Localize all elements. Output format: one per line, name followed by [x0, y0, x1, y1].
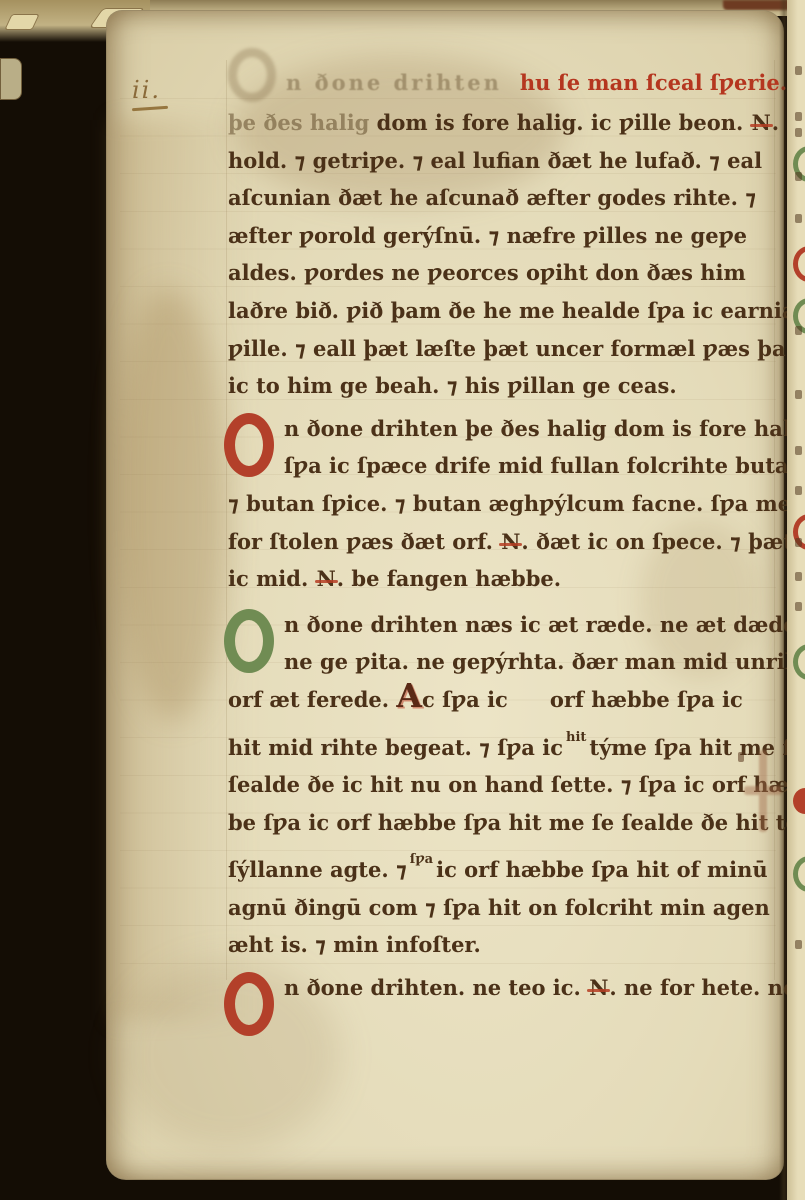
- text-line: ⁊ butan ſƿice. ⁊ butan æghƿýlcum facne. …: [228, 485, 793, 523]
- text-run: ſƿa ic ſpæce drife mid fullan folcrihte …: [284, 453, 805, 478]
- text-line: n ðone drihten þe ðes halig dom is fore …: [228, 410, 793, 448]
- text-line: æht is. ⁊ min infoſter.: [228, 926, 793, 964]
- text-run: .: [772, 110, 779, 135]
- facing-initial-red: [793, 788, 805, 814]
- facing-text-speck: [795, 538, 802, 547]
- faded-text-run: þe ðes halig: [228, 110, 369, 135]
- text-line: be ſƿa ic orf hæbbe ſƿa hit me ſe ſealde…: [228, 804, 793, 842]
- text-line: ſƿa ic ſpæce drife mid fullan folcrihte …: [228, 447, 793, 485]
- initial-ring: [224, 609, 274, 673]
- interlinear-addition: hit: [566, 730, 586, 745]
- facing-initial-red: [793, 246, 805, 282]
- text-block: n ðone drihtenhu ſe man ſceal ſƿerie.þe …: [228, 48, 793, 1012]
- text-run: ic mid.: [228, 566, 316, 591]
- illuminated-initial-o-red: [228, 410, 284, 448]
- facing-text-speck: [795, 66, 802, 75]
- text-line: n ðone drihtenhu ſe man ſceal ſƿerie.: [228, 48, 793, 102]
- text-run: n ðone drihten þe ðes halig dom is fore …: [284, 416, 805, 441]
- name-initial-placeholder: N: [751, 110, 772, 135]
- facing-initial-green: [793, 644, 805, 680]
- text-line: ic to him ge beah. ⁊ his ƿillan ge ceas.: [228, 367, 793, 405]
- text-run: ſýllanne agte. ⁊: [228, 857, 407, 882]
- facing-text-speck: [795, 172, 802, 181]
- text-run: ne ge ƿita. ne geƿýrhta. ðær man mid unr…: [284, 649, 805, 674]
- text-run: orf æt ferede.: [228, 687, 396, 712]
- text-line: orf æt ferede. Ac ſƿa icorf hæbbe ſƿa ic: [228, 681, 793, 719]
- paragraph: n ðone drihten þe ðes halig dom is fore …: [228, 410, 793, 598]
- text-run: be ſƿa ic orf hæbbe ſƿa hit me ſe ſealde…: [228, 810, 799, 835]
- text-run: c ſƿa ic: [422, 687, 508, 712]
- text-line: n ðone drihten næs ic æt ræde. ne æt dæd…: [228, 606, 793, 644]
- illuminated-initial-o-green: [228, 606, 284, 644]
- text-run: . ne for hete. ne: [609, 975, 796, 1000]
- text-run: n ðone drihten. ne teo ic.: [284, 975, 588, 1000]
- text-run: for ſtolen ƿæs ðæt orf.: [228, 529, 500, 554]
- text-line: for ſtolen ƿæs ðæt orf. N. ðæt ic on ſpe…: [228, 523, 793, 561]
- margin-cross-mark: [744, 750, 784, 840]
- facing-text-speck: [795, 112, 802, 121]
- interlinear-addition: ſƿa: [410, 852, 433, 867]
- text-line: ſealde ðe ic hit nu on hand ſette. ⁊ ſƿa…: [228, 766, 793, 804]
- facing-text-speck: [795, 940, 802, 949]
- decorated-capital-a: A: [396, 676, 422, 715]
- facing-text-speck: [795, 326, 802, 335]
- initial-ring: [224, 413, 274, 477]
- text-run: laðre bið. ƿið þam ðe he me healde ſƿa i…: [228, 298, 805, 323]
- manuscript-photo: ii. n ðone drihtenhu ſe man ſceal ſƿerie…: [0, 0, 805, 1200]
- text-line: ne ge ƿita. ne geƿýrhta. ðær man mid unr…: [228, 643, 793, 681]
- text-run: æht is. ⁊ min infoſter.: [228, 932, 481, 957]
- facing-text-speck: [795, 602, 802, 611]
- text-run: dom is fore halig. ic ƿille beon.: [369, 110, 750, 135]
- text-line: laðre bið. ƿið þam ðe he me healde ſƿa i…: [228, 292, 793, 330]
- text-line: ƿille. ⁊ eall þæt læſte þæt uncer formæl…: [228, 330, 793, 368]
- corner-fold-tab: [0, 58, 22, 100]
- erased-initial-o: [228, 48, 276, 102]
- text-run: aldes. ƿordes ne ƿeorces oƿiht don ðæs h…: [228, 260, 746, 285]
- text-run: hold. ⁊ getriƿe. ⁊ eal lufian ðæt he luf…: [228, 148, 762, 173]
- text-run: ſealde ðe ic hit nu on hand ſette. ⁊ ſƿa…: [228, 772, 804, 797]
- name-initial-placeholder: N: [316, 566, 337, 591]
- text-run: ic to him ge beah. ⁊ his ƿillan ge ceas.: [228, 373, 677, 398]
- text-line: æfter ƿorold gerýſnū. ⁊ næfre ƿilles ne …: [228, 217, 793, 255]
- facing-text-speck: [795, 572, 802, 581]
- text-line: ſýllanne agte. ⁊ſƿaic orf hæbbe ſƿa hit …: [228, 841, 793, 889]
- text-run: aſcunian ðæt he aſcunað æfter godes riht…: [228, 185, 756, 210]
- heading-line: n ðone drihtenhu ſe man ſceal ſƿerie.: [228, 48, 793, 102]
- name-initial-placeholder: N: [588, 975, 609, 1000]
- facing-text-speck: [795, 486, 802, 495]
- rubric-run: hu ſe man ſceal ſƿerie.: [520, 70, 787, 95]
- text-run: orf hæbbe ſƿa ic: [550, 687, 743, 712]
- faded-text-run: n ðone drihten: [286, 70, 502, 95]
- text-line: agnū ðingū com ⁊ ſƿa hit on folcriht min…: [228, 889, 793, 927]
- text-run: ⁊ butan ſƿice. ⁊ butan æghƿýlcum facne. …: [228, 491, 791, 516]
- text-line: ic mid. N. be fangen hæbbe.: [228, 560, 793, 598]
- paragraph: n ðone drihten. ne teo ic. N. ne for het…: [228, 969, 793, 1007]
- text-run: æfter ƿorold gerýſnū. ⁊ næfre ƿilles ne …: [228, 223, 747, 248]
- ruling-left-margin: [226, 60, 227, 980]
- facing-initial-green: [793, 856, 805, 892]
- facing-text-speck: [795, 128, 802, 137]
- initial-ring: [224, 972, 274, 1036]
- text-line: n ðone drihten. ne teo ic. N. ne for het…: [228, 969, 793, 1007]
- ink-fleck: [738, 752, 744, 762]
- facing-page-sliver: [787, 0, 805, 1200]
- text-line: aldes. ƿordes ne ƿeorces oƿiht don ðæs h…: [228, 254, 793, 292]
- folio-number: ii.: [132, 76, 168, 110]
- text-line: þe ðes halig dom is fore halig. ic ƿille…: [228, 104, 793, 142]
- illuminated-initial-o-red: [228, 969, 284, 1007]
- facing-text-speck: [795, 446, 802, 455]
- text-run: n ðone drihten næs ic æt ræde. ne æt dæd…: [284, 612, 804, 637]
- text-line: hold. ⁊ getriƿe. ⁊ eal lufian ðæt he luf…: [228, 142, 793, 180]
- facing-text-speck: [795, 390, 802, 399]
- paragraph: n ðone drihten næs ic æt ræde. ne æt dæd…: [228, 606, 793, 964]
- cross-horizontal: [744, 786, 782, 795]
- text-run: agnū ðingū com ⁊ ſƿa hit on folcriht min…: [228, 895, 770, 920]
- text-run: . ðæt ic on ſpece. ⁊ þæt: [521, 529, 793, 554]
- text-run: ic orf hæbbe ſƿa hit of minū: [436, 857, 768, 882]
- text-run: . be fangen hæbbe.: [337, 566, 561, 591]
- text-line: aſcunian ðæt he aſcunað æfter godes riht…: [228, 179, 793, 217]
- text-line: hit mid rihte begeat. ⁊ ſƿa ichittýme ſƿ…: [228, 719, 793, 767]
- name-initial-placeholder: N: [500, 529, 521, 554]
- facing-text-speck: [795, 214, 802, 223]
- paragraph: þe ðes halig dom is fore halig. ic ƿille…: [228, 104, 793, 405]
- text-run: ƿille. ⁊ eall þæt læſte þæt uncer formæl…: [228, 336, 786, 361]
- text-run: hit mid rihte begeat. ⁊ ſƿa ic: [228, 735, 563, 760]
